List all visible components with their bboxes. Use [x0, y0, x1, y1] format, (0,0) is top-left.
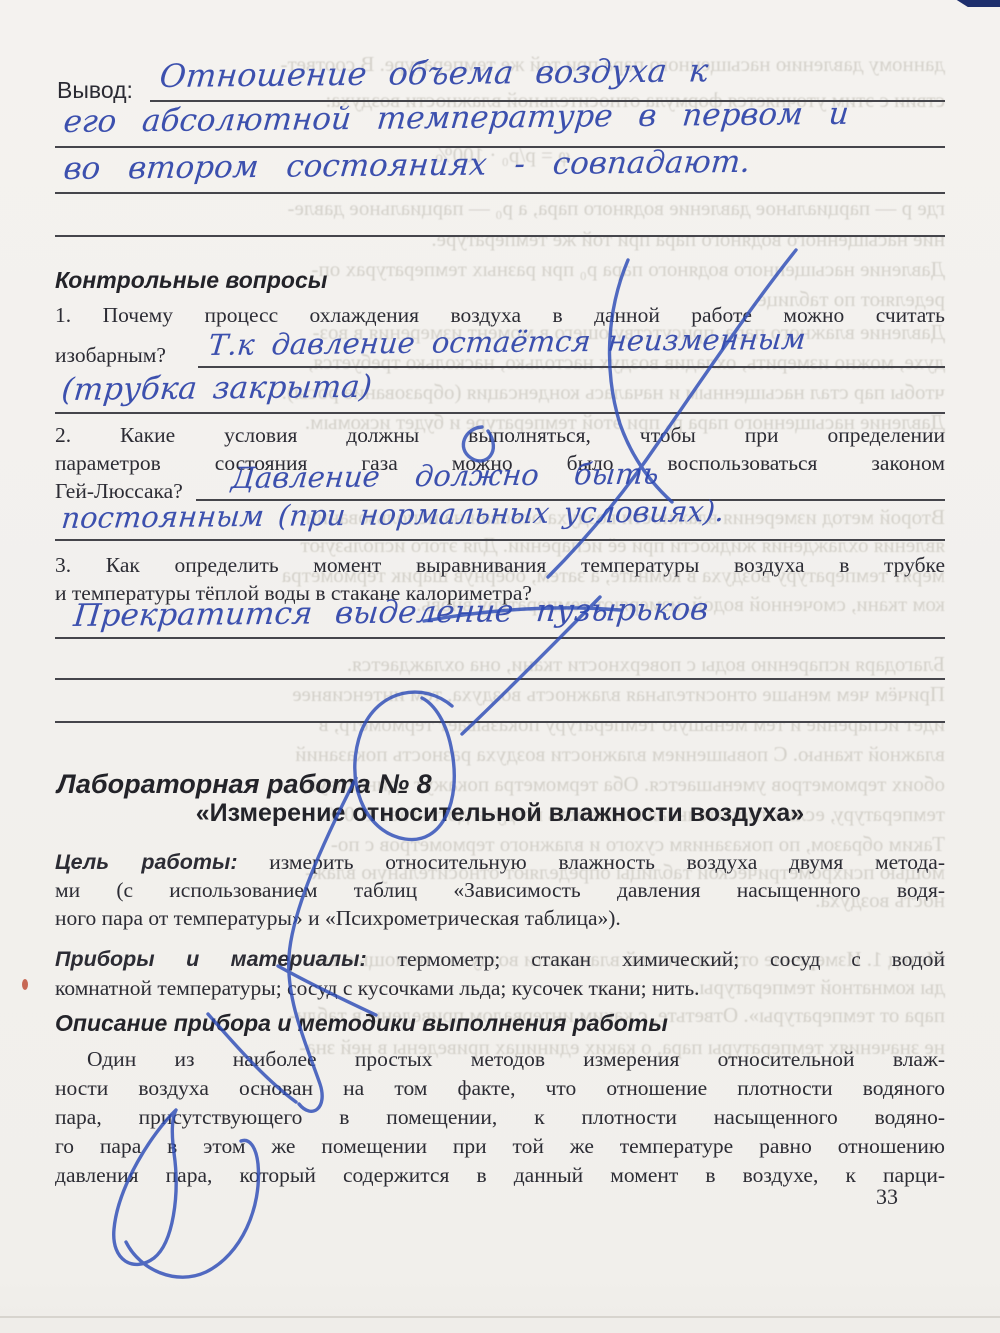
goal-line: Цель работы: измерить относительную влаж…	[55, 849, 945, 875]
bleed-through-line: Благодаря испарению воды с поверхности т…	[55, 652, 945, 676]
page-number: 33	[876, 1184, 898, 1210]
bleed-through-line: где p — парциальное давление водяного па…	[55, 196, 945, 220]
handwritten-answer-3: Прекратится выделение пузырьков	[72, 591, 710, 634]
answer-rule	[55, 637, 945, 639]
method-line: давления пара, который содержится в данн…	[55, 1162, 945, 1188]
materials-line: Приборы и материалы: термометр; стакан х…	[55, 946, 945, 972]
answer-rule	[150, 100, 945, 102]
handwritten-conclusion-line: Отношение объема воздуха к	[158, 51, 710, 95]
answer-rule	[198, 366, 945, 368]
lab-work-title: Лабораторная работа № 8	[57, 769, 432, 800]
materials-label: Приборы и материалы:	[55, 947, 367, 971]
materials-text: термометр; стакан химический; сосуд с во…	[398, 947, 945, 971]
method-line: ности воздуха основан на том факте, что …	[55, 1075, 945, 1101]
handwritten-conclusion-line: во втором состояниях - совпадают.	[62, 144, 752, 187]
question-3-line: 3. Как определить момент выравнивания те…	[55, 552, 945, 578]
materials-line: комнатной температуры; сосуд с кусочками…	[55, 975, 945, 1001]
scanned-page: данному давлению насыщенного пара при то…	[0, 0, 1000, 1333]
book-edge-corner	[954, 0, 1000, 7]
red-ink-speck	[22, 979, 28, 990]
handwritten-answer-2: постоянным (при нормальных условиях).	[60, 494, 726, 535]
answer-rule	[55, 412, 945, 414]
answer-rule	[55, 539, 945, 541]
method-line: Один из наиболее простых методов измерен…	[87, 1046, 945, 1072]
answer-rule	[55, 678, 945, 680]
goal-line: ми (с использованием таблиц «Зависимость…	[55, 877, 945, 903]
method-line: пара, присутствующего в помещении, к пло…	[55, 1104, 945, 1130]
goal-label: Цель работы:	[55, 850, 238, 874]
answer-rule	[55, 721, 945, 723]
lab-work-subtitle: «Измерение относительной влажности возду…	[55, 799, 945, 828]
answer-rule	[55, 192, 945, 194]
answer-rule	[55, 235, 945, 237]
goal-line: ного пара от температуры» и «Психрометри…	[55, 905, 945, 931]
method-heading: Описание прибора и методики выполнения р…	[55, 1010, 668, 1037]
answer-rule	[55, 146, 945, 148]
page-bottom-margin	[0, 1318, 1000, 1333]
bleed-through-line: идет испарение и тем меньшую температуру…	[55, 712, 945, 736]
bleed-through-line: Причём чем меньше относительная влажност…	[55, 682, 945, 706]
conclusion-label: Вывод:	[57, 77, 133, 104]
question-2-line: 2. Какие условия должны выполняться, что…	[55, 422, 945, 448]
method-line: го пара в этом же помещении при той же т…	[55, 1133, 945, 1159]
handwritten-answer-2: Давление должно быть	[230, 456, 660, 495]
control-questions-heading: Контрольные вопросы	[55, 267, 327, 294]
bleed-through-line: ние насыщенного водяного пара при той же…	[55, 227, 945, 251]
handwritten-conclusion-line: его абсолютной температуре в первом и	[62, 96, 850, 140]
handwritten-answer-1: Т.к давление остаётся неизменным	[207, 322, 807, 362]
goal-text: измерить относительную влажность воздуха…	[269, 850, 945, 874]
handwritten-answer-1: (трубка закрыта)	[60, 369, 373, 408]
bleed-through-line: влажной тканью. С повышением влажности в…	[55, 742, 945, 766]
